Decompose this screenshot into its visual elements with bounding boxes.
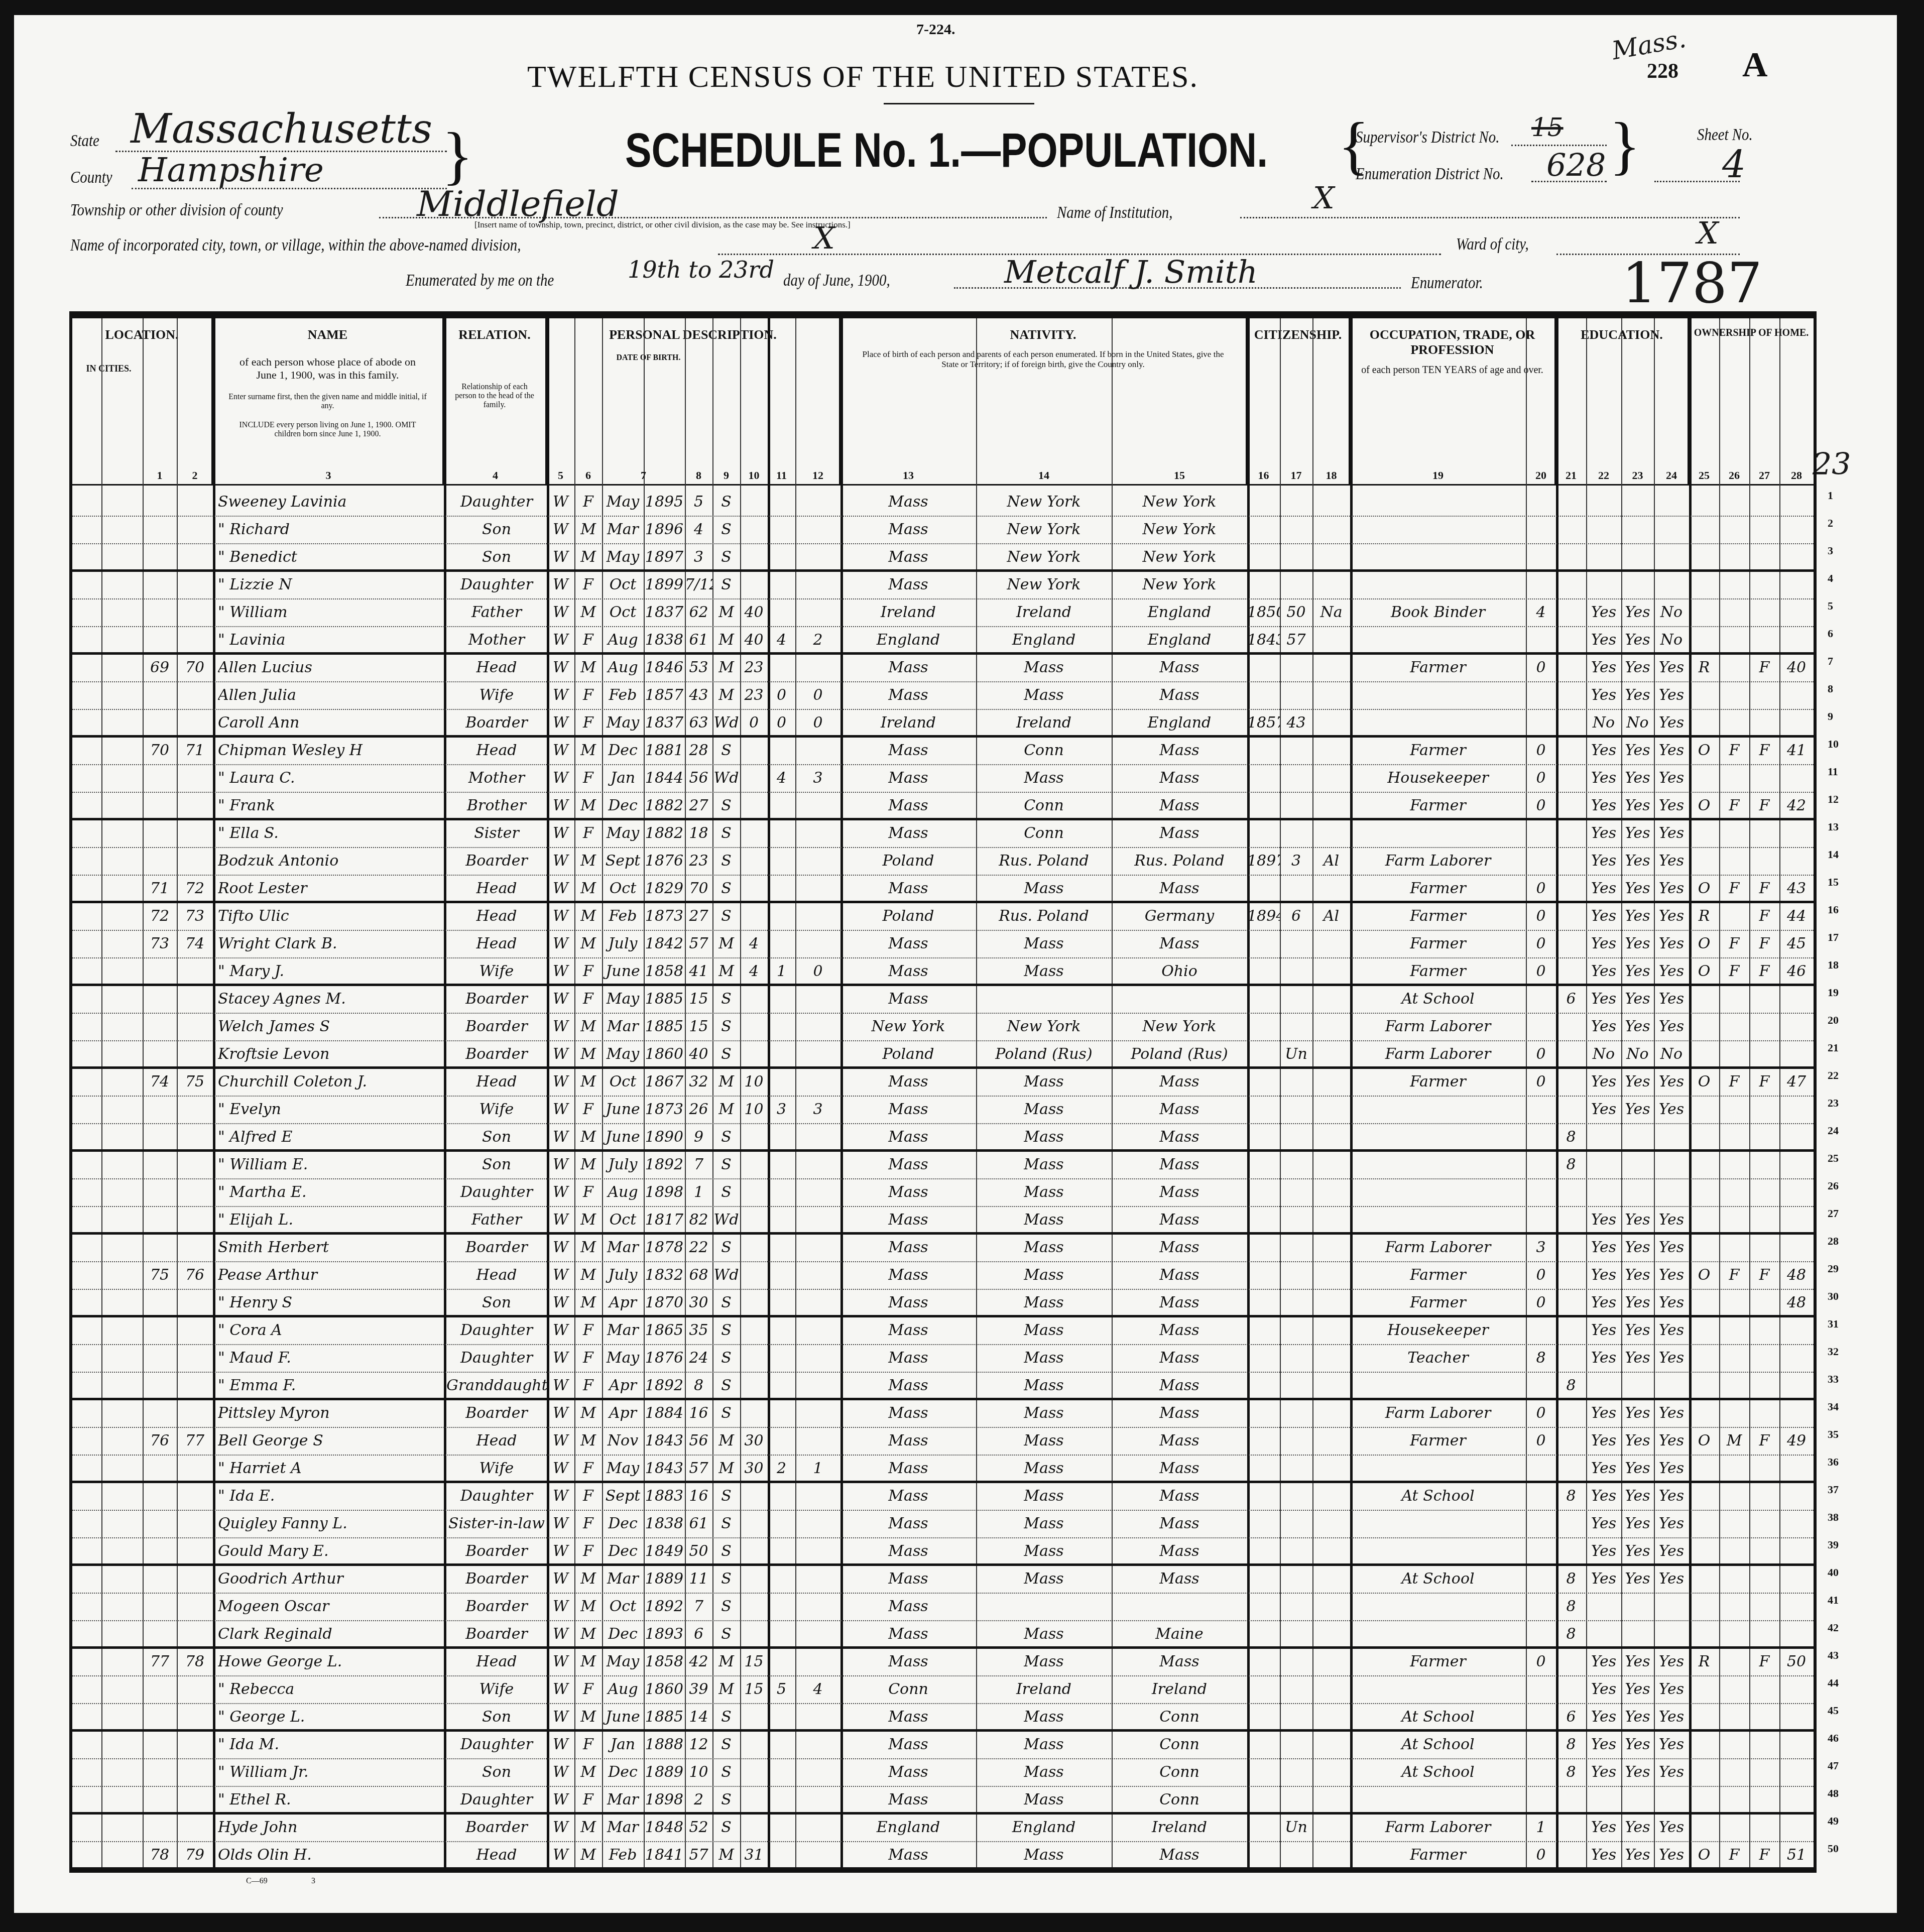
cell-mo: May [602, 1653, 644, 1670]
cell-name: Goodrich Arthur [218, 1570, 439, 1588]
cell-sex: F [574, 962, 602, 980]
cell-sch: 8 [1556, 1570, 1586, 1588]
cell-rel: Son [446, 548, 547, 566]
cell-mo: Feb [602, 907, 644, 925]
table-row: " George L.SonWMJune188514SMassMassConnA… [72, 1704, 1814, 1732]
incorporated-label: Name of incorporated city, town, or vill… [70, 236, 521, 255]
cell-occ: At School [1350, 1736, 1526, 1753]
cell-fb: Mass [976, 1653, 1112, 1670]
cell-age: 8 [685, 1377, 712, 1394]
cell-race: W [547, 1791, 574, 1808]
line-number: 39 [1828, 1538, 1839, 1551]
col-num: 5 [547, 469, 574, 482]
cell-sex: M [574, 880, 602, 897]
cell-pb: Mass [840, 1846, 976, 1864]
cell-race: W [547, 1045, 574, 1063]
cell-age: 18 [685, 824, 712, 842]
table-row: " RebeccaWifeWFAug186039M1554ConnIreland… [72, 1676, 1814, 1704]
enumerated-prefix: Enumerated by me on the [406, 271, 554, 290]
cell-age: 28 [685, 742, 712, 759]
cell-rel: Granddaughter [446, 1377, 547, 1394]
cell-age: 70 [685, 880, 712, 897]
line-number: 13 [1828, 820, 1839, 833]
cell-race: W [547, 824, 574, 842]
table-row: " Harriet AWifeWFMay184357M3021MassMassM… [72, 1456, 1814, 1483]
cell-mne: 1 [1526, 1819, 1556, 1836]
cell-mo: Aug [602, 631, 644, 649]
cell-wr: Yes [1621, 907, 1654, 925]
cell-yrs: 6 [1280, 907, 1312, 925]
in-cities-label: IN CITIES. [72, 364, 145, 374]
cell-mo: Dec [602, 1763, 644, 1781]
cell-pb: Mass [840, 1598, 976, 1615]
line-number: 24 [1828, 1124, 1839, 1137]
cell-occ: Housekeeper [1350, 1321, 1526, 1339]
cell-own: O [1689, 1073, 1719, 1091]
cell-fb: Mass [976, 1183, 1112, 1201]
cell-mne: 0 [1526, 1846, 1556, 1864]
cell-yr: 1897 [644, 548, 685, 566]
cell-fs: 42 [1779, 797, 1814, 814]
cell-name: " Ethel R. [218, 1791, 439, 1808]
cell-name: " Henry S [218, 1294, 439, 1311]
cell-pb: Mass [840, 493, 976, 511]
cell-age: 7 [685, 1598, 712, 1615]
table-row: Smith HerbertBoarderWMMar187822SMassMass… [72, 1235, 1814, 1262]
cell-en: Yes [1654, 1653, 1689, 1670]
cell-ms: S [712, 1791, 740, 1808]
cell-rel: Wife [446, 962, 547, 980]
cell-nat: Na [1312, 603, 1350, 621]
cell-age: 68 [685, 1266, 712, 1284]
cell-mc: 4 [768, 631, 795, 649]
cell-sex: F [574, 1680, 602, 1698]
cell-mo: Oct [602, 880, 644, 897]
cell-cl: 0 [795, 714, 840, 732]
cell-mo: Dec [602, 797, 644, 814]
cell-pb: Mass [840, 1266, 976, 1284]
cell-occ: Farmer [1350, 935, 1526, 952]
cell-race: W [547, 1846, 574, 1864]
cell-imm: 1897 [1247, 852, 1280, 870]
cell-wr: Yes [1621, 990, 1654, 1008]
cell-dw: 71 [143, 880, 177, 897]
cell-yr: 1858 [644, 1653, 685, 1670]
cell-fh: F [1749, 935, 1779, 952]
cell-ms: Wd [712, 769, 740, 787]
cell-ms: M [712, 659, 740, 676]
cell-en: Yes [1654, 935, 1689, 952]
cell-yr: 1858 [644, 962, 685, 980]
cell-yr: 1829 [644, 880, 685, 897]
col-num: 20 [1526, 469, 1556, 482]
line-number: 30 [1828, 1290, 1839, 1303]
cell-fb: Mass [976, 1073, 1112, 1091]
cell-en: Yes [1654, 880, 1689, 897]
cell-mo: Jan [602, 1736, 644, 1753]
cell-own: O [1689, 742, 1719, 759]
cell-en: Yes [1654, 1763, 1689, 1781]
cell-name: Clark Reginald [218, 1625, 439, 1643]
cell-fs: 49 [1779, 1432, 1814, 1450]
col-num: 15 [1112, 469, 1247, 482]
cell-yr: 1842 [644, 935, 685, 952]
cell-en: Yes [1654, 1239, 1689, 1256]
line-number: 17 [1828, 931, 1839, 944]
cell-mb: Mass [1112, 1349, 1247, 1367]
cell-mb: Mass [1112, 1515, 1247, 1532]
cell-en: Yes [1654, 1211, 1689, 1229]
cell-race: W [547, 769, 574, 787]
cell-mc: 3 [768, 1101, 795, 1118]
cell-fam: 72 [177, 880, 213, 897]
cell-fb: Mass [976, 1101, 1112, 1118]
table-row: " Ida E.DaughterWFSept188316SMassMassMas… [72, 1483, 1814, 1511]
cell-en: Yes [1654, 907, 1689, 925]
cell-name: " Ida E. [218, 1487, 439, 1505]
cell-mb: Mass [1112, 1542, 1247, 1560]
cell-mort: F [1719, 1073, 1749, 1091]
cell-rel: Head [446, 1266, 547, 1284]
cell-wr: Yes [1621, 631, 1654, 649]
table-row: 7879Olds Olin H.HeadWMFeb184157M31MassMa… [72, 1842, 1814, 1870]
cell-wr: Yes [1621, 1653, 1654, 1670]
cell-fb: Ireland [976, 603, 1112, 621]
line-number: 1 [1828, 489, 1833, 502]
cell-en: Yes [1654, 1680, 1689, 1698]
cell-pb: Mass [840, 1487, 976, 1505]
cell-yr: 1878 [644, 1239, 685, 1256]
cell-imm: 1857 [1247, 714, 1280, 732]
table-row: " Mary J.WifeWFJune185841M410MassMassOhi… [72, 958, 1814, 986]
cell-race: W [547, 603, 574, 621]
cell-race: W [547, 1598, 574, 1615]
cell-name: " Lavinia [218, 631, 439, 649]
cell-sex: M [574, 1404, 602, 1422]
cell-rel: Boarder [446, 1542, 547, 1560]
cell-name: " Benedict [218, 548, 439, 566]
cell-fam: 76 [177, 1266, 213, 1284]
cell-sch: 8 [1556, 1377, 1586, 1394]
cell-rel: Wife [446, 1680, 547, 1698]
cell-mc: 2 [768, 1460, 795, 1477]
cell-age: 22 [685, 1239, 712, 1256]
cell-yr: 1865 [644, 1321, 685, 1339]
cell-age: 57 [685, 1846, 712, 1864]
cell-rel: Boarder [446, 852, 547, 870]
cell-rel: Daughter [446, 1321, 547, 1339]
cell-fb: Rus. Poland [976, 852, 1112, 870]
cell-rd: Yes [1586, 852, 1621, 870]
col-num: 12 [795, 469, 840, 482]
line-number: 46 [1828, 1732, 1839, 1745]
cell-mo: Mar [602, 1321, 644, 1339]
cell-en: Yes [1654, 1736, 1689, 1753]
cell-pb: Mass [840, 1073, 976, 1091]
cell-age: 7/12 [685, 576, 712, 593]
cell-wr: Yes [1621, 1460, 1654, 1477]
col-num: 7 [602, 469, 685, 482]
cell-name: " George L. [218, 1708, 439, 1726]
cell-sex: F [574, 1791, 602, 1808]
cell-pb: Mass [840, 1763, 976, 1781]
cell-mort: F [1719, 935, 1749, 952]
cell-rel: Boarder [446, 1018, 547, 1035]
cell-wr: Yes [1621, 603, 1654, 621]
cell-race: W [547, 1156, 574, 1173]
cell-age: 11 [685, 1570, 712, 1588]
cell-mb: Maine [1112, 1625, 1247, 1643]
cell-mb: Germany [1112, 907, 1247, 925]
cell-race: W [547, 631, 574, 649]
cell-yr: 1899 [644, 576, 685, 593]
cell-occ: Farm Laborer [1350, 1404, 1526, 1422]
cell-ym: 10 [740, 1101, 768, 1118]
cell-age: 63 [685, 714, 712, 732]
cell-rd: Yes [1586, 1460, 1621, 1477]
cell-name: " Frank [218, 797, 439, 814]
line-number: 33 [1828, 1373, 1839, 1386]
cell-nat: Al [1312, 852, 1350, 870]
cell-rel: Daughter [446, 1349, 547, 1367]
cell-ms: S [712, 1570, 740, 1588]
cell-mne: 8 [1526, 1349, 1556, 1367]
cell-rel: Father [446, 603, 547, 621]
cell-mo: May [602, 1460, 644, 1477]
cell-fb: Mass [976, 1515, 1112, 1532]
cell-fam: 71 [177, 742, 213, 759]
cell-yr: 1860 [644, 1045, 685, 1063]
cell-fb: Mass [976, 1791, 1112, 1808]
cell-imm: 1894 [1247, 907, 1280, 925]
line-number: 48 [1828, 1787, 1839, 1800]
line-number: 44 [1828, 1676, 1839, 1689]
cell-ms: S [712, 1542, 740, 1560]
cell-race: W [547, 1625, 574, 1643]
line-number: 22 [1828, 1069, 1839, 1082]
table-row: " FrankBrotherWMDec188227SMassConnMassFa… [72, 793, 1814, 820]
cell-mb: Poland (Rus) [1112, 1045, 1247, 1063]
cell-ms: M [712, 1460, 740, 1477]
cell-rd: Yes [1586, 769, 1621, 787]
cell-fb: New York [976, 548, 1112, 566]
cell-yr: 1843 [644, 1432, 685, 1450]
cell-yr: 1870 [644, 1294, 685, 1311]
table-row: Kroftsie LevonBoarderWMMay186040SPolandP… [72, 1041, 1814, 1069]
cell-mb: Mass [1112, 1432, 1247, 1450]
cell-name: " Evelyn [218, 1101, 439, 1118]
cell-mne: 0 [1526, 1073, 1556, 1091]
group-citizenship: CITIZENSHIP. [1247, 318, 1350, 484]
cell-yr: 1895 [644, 493, 685, 511]
line-number: 42 [1828, 1621, 1839, 1634]
supervisor-label: Supervisor's District No. [1356, 128, 1499, 147]
group-nativity: NATIVITY. Place of birth of each person … [840, 318, 1247, 484]
cell-ms: S [712, 1625, 740, 1643]
cell-en: No [1654, 1045, 1689, 1063]
cell-sex: M [574, 1294, 602, 1311]
cell-age: 43 [685, 686, 712, 704]
cell-wr: Yes [1621, 935, 1654, 952]
cell-mo: July [602, 935, 644, 952]
cell-sch: 8 [1556, 1487, 1586, 1505]
cell-rel: Head [446, 1653, 547, 1670]
cell-mb: Mass [1112, 1101, 1247, 1118]
cell-age: 1 [685, 1183, 712, 1201]
cell-fb: Mass [976, 935, 1112, 952]
cell-race: W [547, 1239, 574, 1256]
cell-en: Yes [1654, 1404, 1689, 1422]
cell-pb: Mass [840, 1349, 976, 1367]
cell-mne: 3 [1526, 1239, 1556, 1256]
cell-sex: F [574, 631, 602, 649]
institution-value: X [1313, 181, 1335, 216]
cell-sex: M [574, 603, 602, 621]
cell-occ: Book Binder [1350, 603, 1526, 621]
cell-mb: Mass [1112, 1653, 1247, 1670]
cell-pb: Poland [840, 852, 976, 870]
cell-mo: Nov [602, 1432, 644, 1450]
cell-wr: Yes [1621, 1819, 1654, 1836]
cell-pb: Mass [840, 769, 976, 787]
cell-dw: 73 [143, 935, 177, 952]
cell-yr: 1882 [644, 824, 685, 842]
cell-ym: 15 [740, 1653, 768, 1670]
cell-pb: Mass [840, 1653, 976, 1670]
cell-sex: M [574, 1432, 602, 1450]
cell-mo: Mar [602, 1819, 644, 1836]
cell-rel: Head [446, 1432, 547, 1450]
cell-rel: Son [446, 1763, 547, 1781]
township-hint: [Insert name of township, town, precinct… [474, 220, 851, 230]
group-personal-description: PERSONAL DESCRIPTION. DATE OF BIRTH. [547, 318, 840, 484]
cell-fh: F [1749, 880, 1779, 897]
cell-sex: F [574, 824, 602, 842]
census-title: TWELFTH CENSUS OF THE UNITED STATES. [527, 59, 1198, 95]
table-row: Mogeen OscarBoarderWMOct18927SMass8 [72, 1594, 1814, 1621]
cell-rd: Yes [1586, 962, 1621, 980]
cell-age: 62 [685, 603, 712, 621]
cell-yr: 1896 [644, 521, 685, 538]
cell-wr: Yes [1621, 962, 1654, 980]
cell-mb: Mass [1112, 1073, 1247, 1091]
cell-mb: Mass [1112, 742, 1247, 759]
cell-mort: F [1719, 880, 1749, 897]
cell-occ: At School [1350, 1763, 1526, 1781]
cell-ms: S [712, 1598, 740, 1615]
cell-mo: May [602, 990, 644, 1008]
cell-ms: M [712, 631, 740, 649]
cell-occ: Housekeeper [1350, 769, 1526, 787]
cell-mc: 5 [768, 1680, 795, 1698]
cell-sex: M [574, 521, 602, 538]
cell-rel: Mother [446, 631, 547, 649]
cell-wr: Yes [1621, 1404, 1654, 1422]
cell-age: 35 [685, 1321, 712, 1339]
cell-sex: F [574, 1542, 602, 1560]
cell-age: 6 [685, 1625, 712, 1643]
cell-age: 53 [685, 659, 712, 676]
cell-mo: Apr [602, 1294, 644, 1311]
cell-name: Caroll Ann [218, 714, 439, 732]
col-num: 14 [976, 469, 1112, 482]
cell-race: W [547, 1680, 574, 1698]
cell-yr: 1817 [644, 1211, 685, 1229]
cell-wr: Yes [1621, 1846, 1654, 1864]
cell-ms: S [712, 990, 740, 1008]
cell-sex: F [574, 1515, 602, 1532]
cell-mo: May [602, 714, 644, 732]
table-row: " Laura C.MotherWFJan184456Wd43MassMassM… [72, 765, 1814, 793]
cell-mb: New York [1112, 493, 1247, 511]
cell-fb: Conn [976, 797, 1112, 814]
cell-sex: M [574, 1073, 602, 1091]
cell-age: 52 [685, 1819, 712, 1836]
cell-fb: Mass [976, 686, 1112, 704]
cell-ms: S [712, 1156, 740, 1173]
cell-mb: New York [1112, 521, 1247, 538]
cell-own: O [1689, 1266, 1719, 1284]
cell-occ: Farmer [1350, 1846, 1526, 1864]
cell-pb: Mass [840, 1736, 976, 1753]
cell-dw: 75 [143, 1266, 177, 1284]
cell-pb: Mass [840, 1708, 976, 1726]
cell-fh: F [1749, 962, 1779, 980]
cell-occ: Farmer [1350, 962, 1526, 980]
line-number: 23 [1828, 1097, 1839, 1110]
cell-yr: 1898 [644, 1183, 685, 1201]
cell-race: W [547, 1736, 574, 1753]
cell-ms: S [712, 1294, 740, 1311]
cell-rd: Yes [1586, 1542, 1621, 1560]
cell-yr: 1857 [644, 686, 685, 704]
cell-rel: Daughter [446, 1183, 547, 1201]
cell-dw: 76 [143, 1432, 177, 1450]
cell-rel: Father [446, 1211, 547, 1229]
cell-mo: Feb [602, 1846, 644, 1864]
cell-name: " Ida M. [218, 1736, 439, 1753]
cell-wr: Yes [1621, 1542, 1654, 1560]
cell-rd: Yes [1586, 1736, 1621, 1753]
cell-fb: Mass [976, 880, 1112, 897]
cell-age: 39 [685, 1680, 712, 1698]
cell-yr: 1876 [644, 1349, 685, 1367]
cell-race: W [547, 1101, 574, 1118]
cell-pb: Mass [840, 742, 976, 759]
cell-sex: F [574, 1460, 602, 1477]
cell-mo: Aug [602, 1680, 644, 1698]
cell-mo: Mar [602, 521, 644, 538]
col-num: 24 [1654, 469, 1689, 482]
cell-occ: Teacher [1350, 1349, 1526, 1367]
title-ornament [884, 103, 1034, 104]
cell-rel: Head [446, 742, 547, 759]
cell-en: Yes [1654, 852, 1689, 870]
cell-fb: Rus. Poland [976, 907, 1112, 925]
cell-yrs: 57 [1280, 631, 1312, 649]
line-number: 47 [1828, 1759, 1839, 1772]
cell-mb: Conn [1112, 1763, 1247, 1781]
cell-occ: Farmer [1350, 797, 1526, 814]
cell-yr: 1848 [644, 1819, 685, 1836]
line-number: 10 [1828, 738, 1839, 751]
col-num: 27 [1749, 469, 1779, 482]
cell-rd: Yes [1586, 1266, 1621, 1284]
cell-en: Yes [1654, 1515, 1689, 1532]
cell-rd: Yes [1586, 1239, 1621, 1256]
table-row: 7172Root LesterHeadWMOct182970SMassMassM… [72, 876, 1814, 903]
margin-note: 23 [1813, 447, 1851, 482]
